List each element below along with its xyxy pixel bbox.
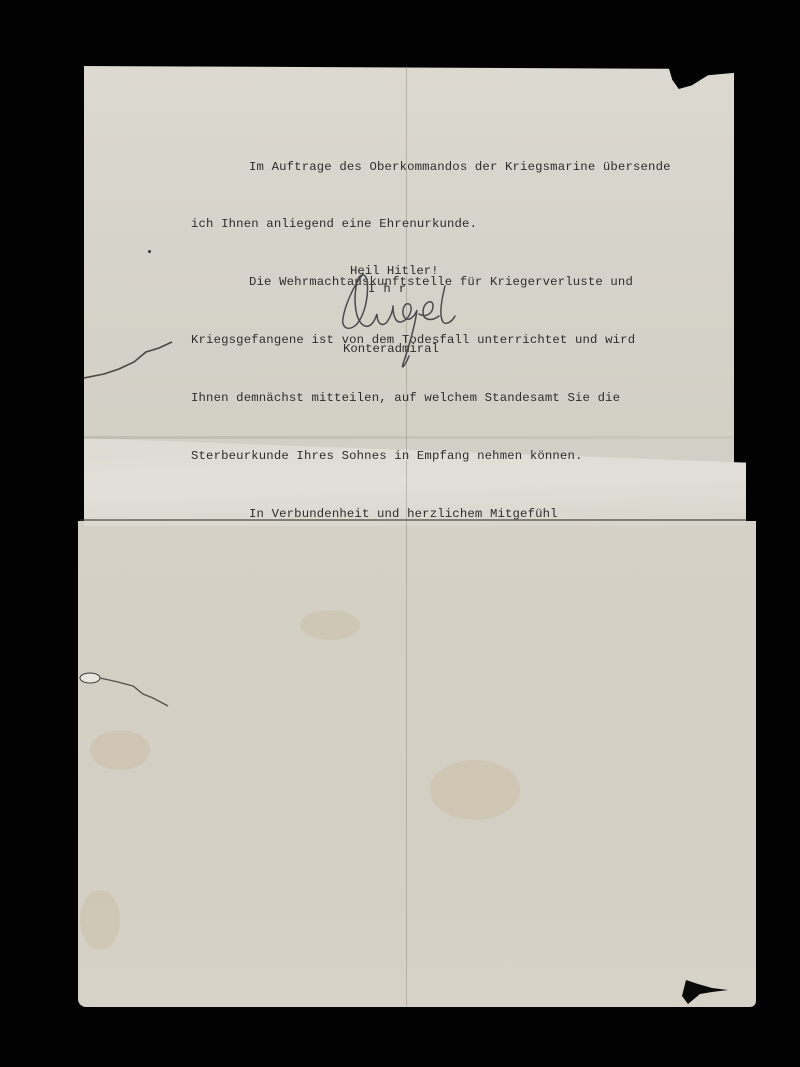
letter-line: ich Ihnen anliegend eine Ehrenurkunde. [191, 215, 731, 234]
age-stain [300, 610, 360, 640]
edge-tear-lower [78, 668, 178, 718]
letter-line: In Verbundenheit und herzlichem Mitgefüh… [191, 505, 731, 524]
letter-document: Im Auftrage des Oberkommandos der Kriegs… [0, 0, 800, 1067]
letter-line: Ihnen demnächst mitteilen, auf welchem S… [191, 389, 731, 408]
age-stain [430, 760, 520, 820]
age-stain [90, 730, 150, 770]
ink-speck [148, 250, 151, 253]
edge-tear-upper [84, 336, 184, 386]
signatory-rank: Konteradmiral [343, 342, 439, 356]
letter-line: Im Auftrage des Oberkommandos der Kriegs… [191, 158, 731, 177]
paper-lower-panel [78, 521, 756, 1007]
age-stain [80, 890, 120, 950]
corner-tear [678, 968, 738, 1008]
handwritten-signature [335, 266, 465, 376]
letter-line: Sterbeurkunde Ihres Sohnes in Empfang ne… [191, 447, 731, 466]
